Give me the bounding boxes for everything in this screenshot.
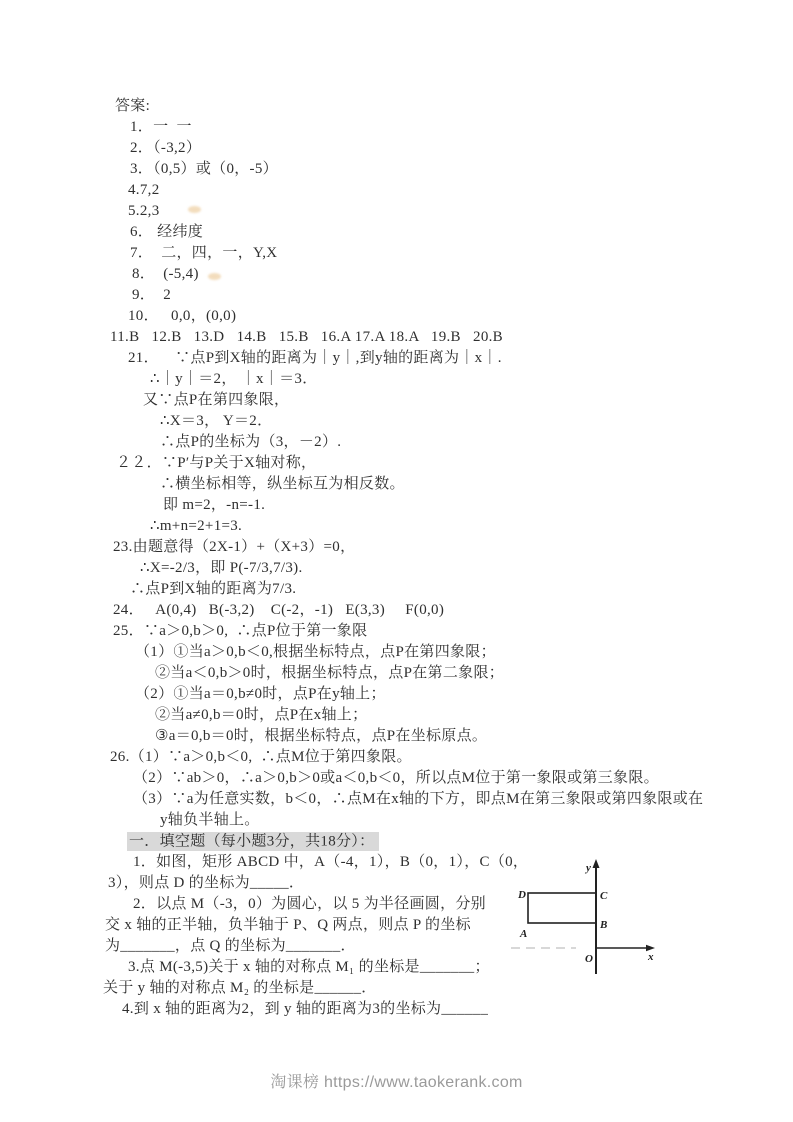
q23-line-2: ∴X=-2/3，即 P(-7/3,7/3). [0, 558, 793, 579]
q26-line-4: y轴负半轴上。 [0, 810, 793, 831]
origin-label: O [585, 953, 593, 965]
x-axis-label: x [647, 951, 654, 963]
q26-line-2: （2）∵ab＞0，∴a＞0,b＞0或a＜0,b＜0，所以点M位于第一象限或第三象… [0, 768, 793, 789]
answer-line-10: 10． 0,0，(0,0) [0, 306, 793, 327]
y-axis-arrow-icon [593, 859, 600, 868]
fill-q2-line-1: 2．以点 M（-3，0）为圆心，以 5 为半径画圆，分别 [0, 894, 793, 915]
q25-line-6: ③a＝0,b＝0时，根据坐标特点，点P在坐标原点。 [0, 726, 793, 747]
answer-line-9: 9． 2 [0, 285, 793, 306]
point-d-label: D [517, 889, 526, 901]
q23-line-1: 23.由题意得（2X-1）+（X+3）=0， [0, 537, 793, 558]
point-a-label: A [519, 928, 527, 940]
y-axis-label: y [584, 862, 591, 874]
scan-artifact [208, 273, 221, 280]
coordinate-diagram: y x O D C B A [503, 858, 663, 993]
q25-line-1: 25．∵a＞0,b＞0, ∴点P位于第一象限 [0, 621, 793, 642]
fill-q4-line: 4.到 x 轴的距离为2，到 y 轴的距离为3的坐标为______ [0, 999, 793, 1020]
scan-artifact [188, 206, 201, 213]
q26-line-3: （3）∵a为任意实数，b＜0，∴点M在x轴的下方，即点M在第三象限或第四象限或在 [0, 789, 793, 810]
answers-title: 答案: [0, 96, 793, 117]
q21-line-5: ∴点P的坐标为（3，－2）. [0, 432, 793, 453]
answer-line-8: 8． (-5,4) [0, 264, 793, 285]
fill-q1-line-1: 1．如图，矩形 ABCD 中，A（-4，1），B（0，1），C（0， [0, 852, 793, 873]
q21-line-2: ∴｜y｜＝2， ｜x｜＝3． [0, 369, 793, 390]
q21-line-3: 又∵点P在第四象限， [0, 390, 793, 411]
fill-q1-line-2: 3），则点 D 的坐标为_____． [0, 873, 793, 894]
q25-line-2: （1）①当a＞0,b＜0,根据坐标特点，点P在第四象限； [0, 642, 793, 663]
q22-line-3: 即 m=2，-n=-1. [0, 495, 793, 516]
q21-line-4: ∴X＝3， Y＝2． [0, 411, 793, 432]
answer-line-3: 3．（0,5）或（0，-5） [0, 159, 793, 180]
document-page: 答案: 1．一 一 2．（-3,2） 3．（0,5）或（0，-5） 4.7,2 … [0, 0, 793, 1122]
answer-line-7: 7． 二，四，一，Y,X [0, 243, 793, 264]
point-c-label: C [600, 890, 608, 902]
answer-line-5: 5.2,3 [0, 201, 793, 222]
fill-q2-line-3: 为_______，点 Q 的坐标为_______． [0, 936, 793, 957]
q25-line-3: ②当a＜0,b＞0时，根据坐标特点，点P在第二象限； [0, 663, 793, 684]
q23-line-3: ∴点P到X轴的距离为7/3. [0, 579, 793, 600]
rectangle-abcd-plot: y x O D C B A [503, 858, 663, 993]
fill-section-header-text: 一．填空题（每小题3分，共18分）： [127, 832, 379, 851]
answer-line-2: 2．（-3,2） [0, 138, 793, 159]
q26-line-1: 26.（1）∵a＞0,b＜0, ∴点M位于第四象限。 [0, 747, 793, 768]
q25-line-4: （2）①当a＝0,b≠0时，点P在y轴上； [0, 684, 793, 705]
answer-line-1: 1．一 一 [0, 117, 793, 138]
q24-line: 24． A(0,4) B(-3,2) C(-2，-1) E(3,3) F(0,0… [0, 600, 793, 621]
site-footer: 淘课榜 https://www.taokerank.com [0, 1069, 793, 1092]
rectangle-abcd [528, 893, 596, 923]
q22-line-2: ∴横坐标相等，纵坐标互为相反数。 [0, 474, 793, 495]
q22-line-1: ２２．∵P′与P关于X轴对称， [0, 453, 793, 474]
point-b-label: B [599, 919, 607, 931]
answer-sheet: 答案: 1．一 一 2．（-3,2） 3．（0,5）或（0，-5） 4.7,2 … [0, 96, 793, 1020]
fill-section-header: 一．填空题（每小题3分，共18分）： [0, 831, 793, 852]
choice-answers-row: 11.B 12.B 13.D 14.B 15.B 16.A 17.A 18.A … [0, 327, 793, 348]
q22-line-4: ∴m+n=2+1=3. [0, 516, 793, 537]
answer-line-4: 4.7,2 [0, 180, 793, 201]
q25-line-5: ②当a≠0,b＝0时，点P在x轴上； [0, 705, 793, 726]
fill-q2-line-2: 交 x 轴的正半轴，负半轴于 P、Q 两点，则点 P 的坐标 [0, 915, 793, 936]
fill-q3-line-1: 3.点 M(-3,5)关于 x 轴的对称点 M₁ 的坐标是_______； [0, 957, 793, 978]
answer-line-6: 6． 经纬度 [0, 222, 793, 243]
q21-line-1: 21． ∵点P到X轴的距离为｜y｜,到y轴的距离为｜x｜. [0, 348, 793, 369]
fill-q3-line-2: 关于 y 轴的对称点 M₂ 的坐标是______． [0, 978, 793, 999]
